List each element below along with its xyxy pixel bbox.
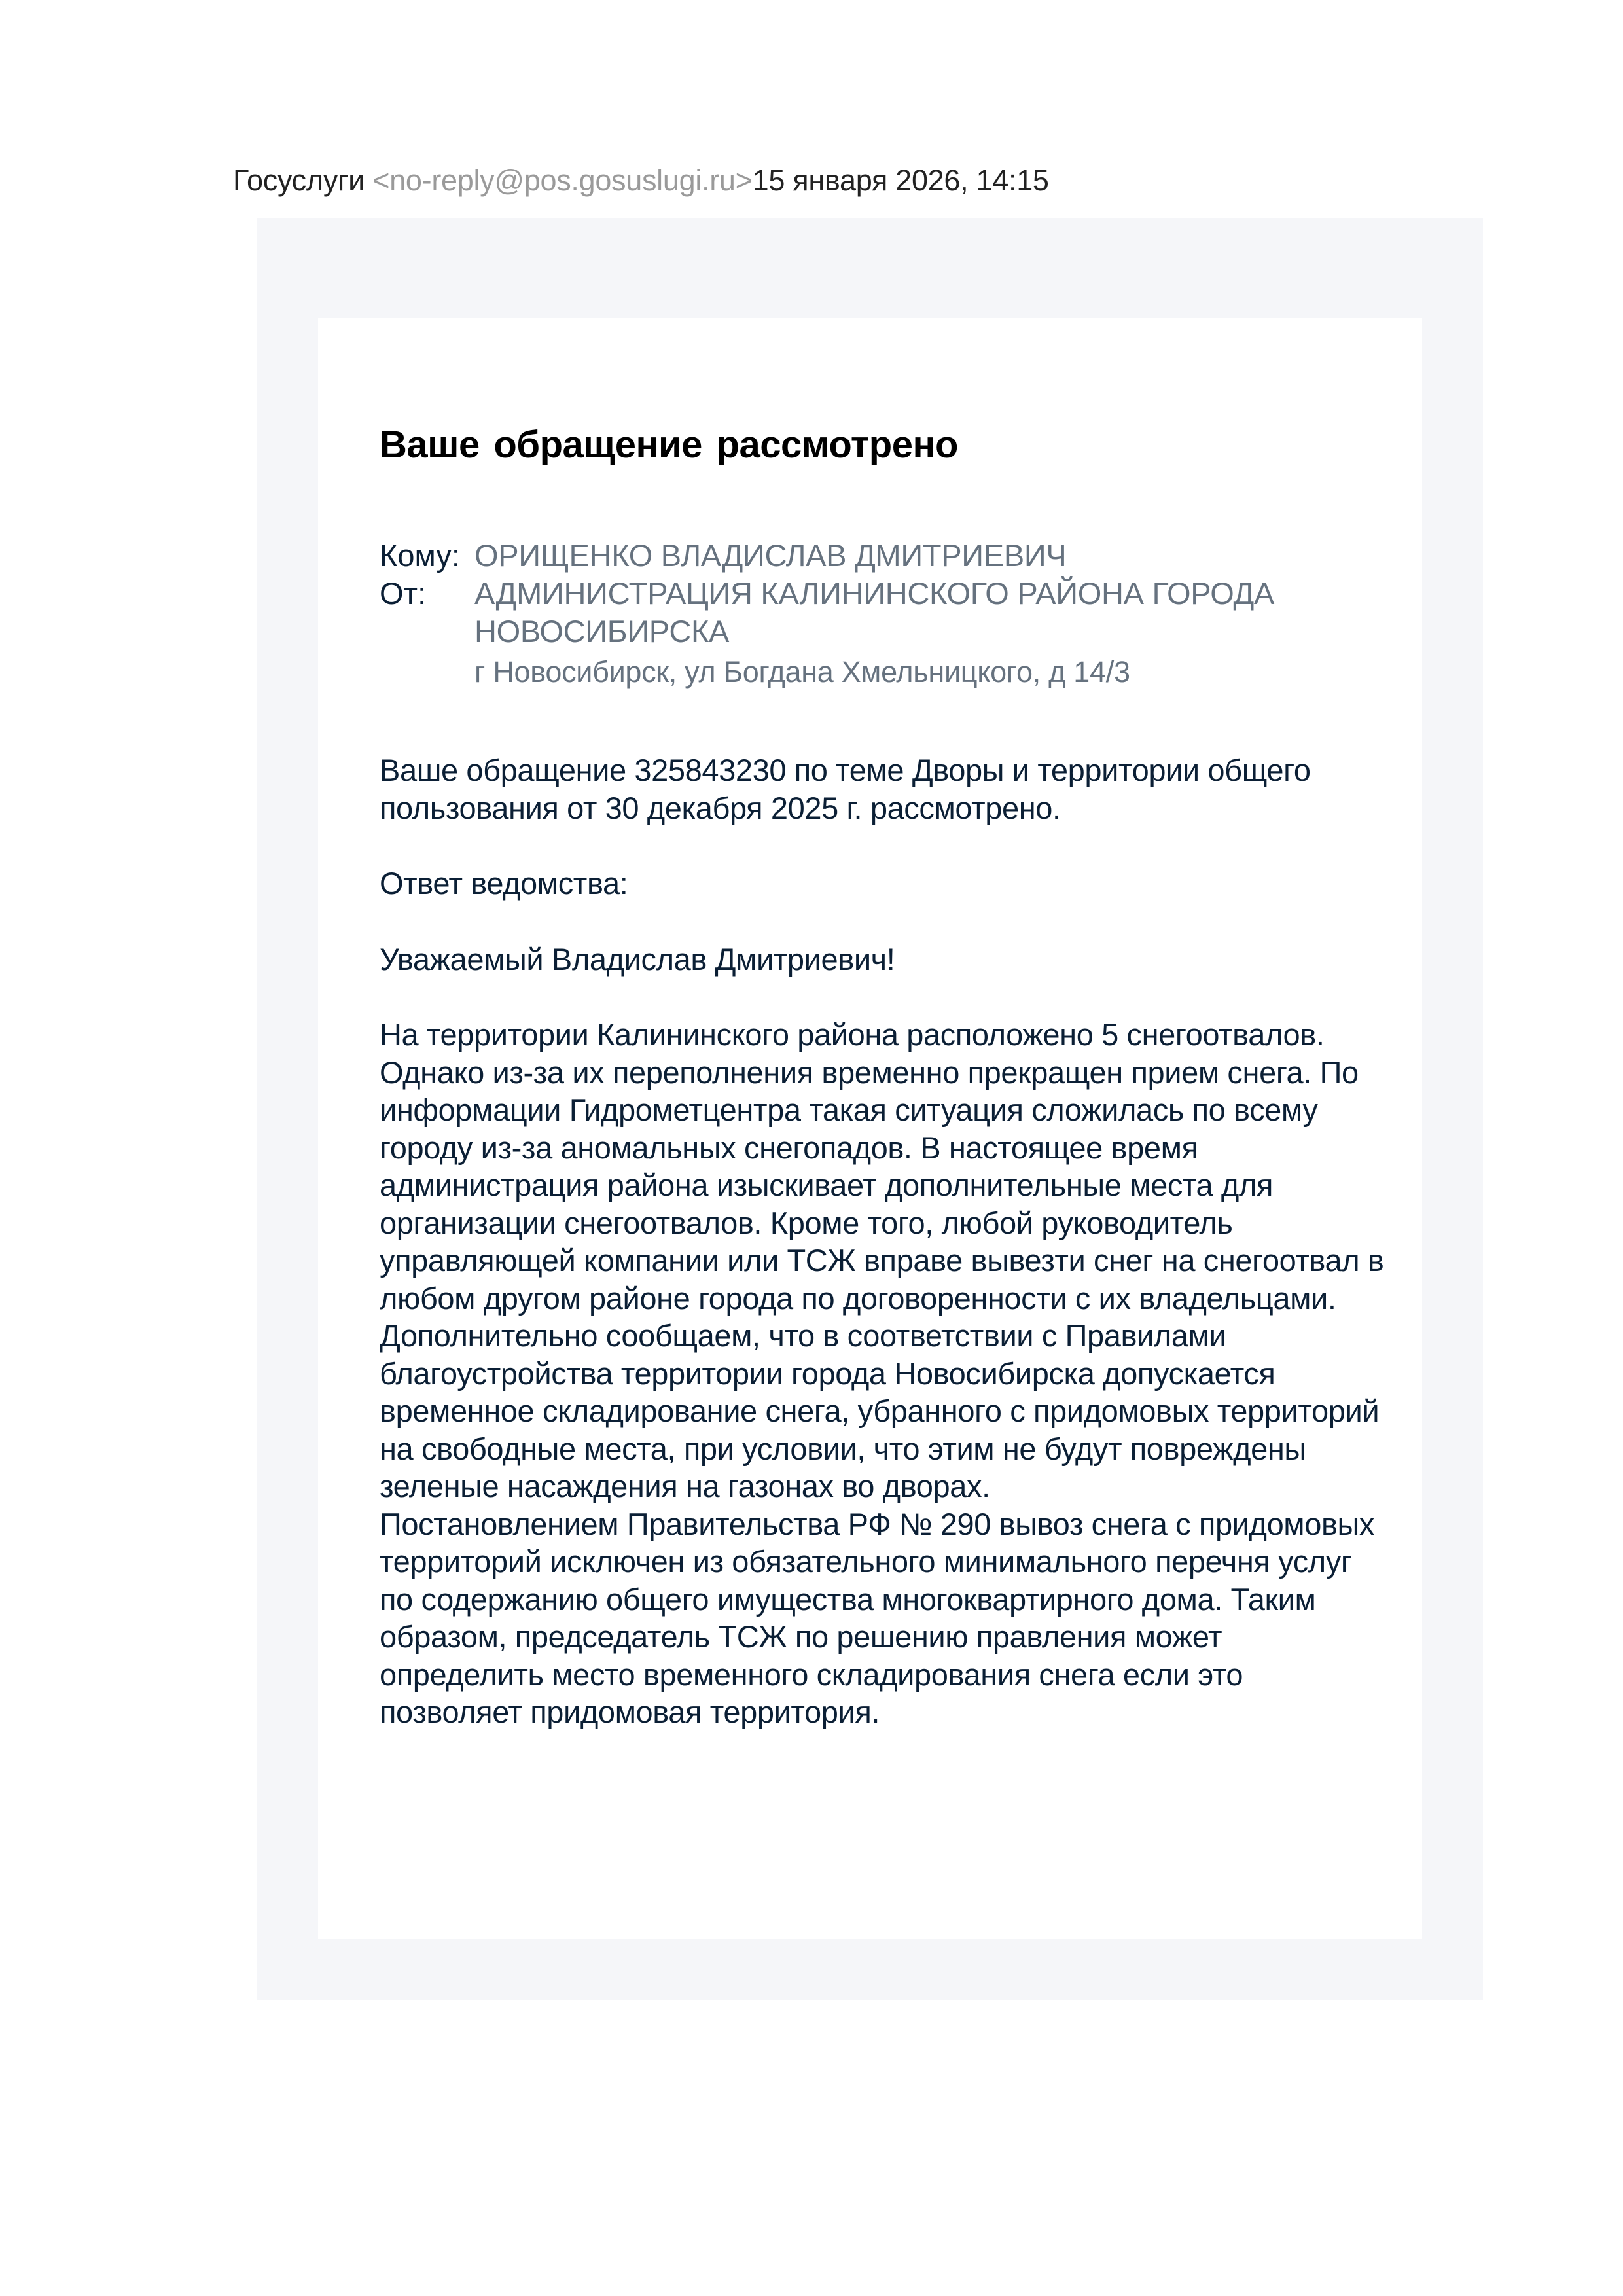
- intro-text: Ваше обращение 325843230 по теме Дворы и…: [380, 751, 1387, 827]
- message-body: Ваше обращение 325843230 по теме Дворы и…: [380, 751, 1387, 1769]
- message-meta: Кому: ОРИЩЕНКО ВЛАДИСЛАВ ДМИТРИЕВИЧ От: …: [380, 537, 1374, 691]
- from-value: АДМИНИСТРАЦИЯ КАЛИНИНСКОГО РАЙОНА ГОРОДА…: [474, 575, 1374, 651]
- email-header: Госуслуги <no-reply@pos.gosuslugi.ru>15 …: [233, 161, 1049, 200]
- email-date: 15 января 2026, 14:15: [753, 164, 1049, 197]
- to-value: ОРИЩЕНКО ВЛАДИСЛАВ ДМИТРИЕВИЧ: [474, 537, 1066, 575]
- from-label: От:: [380, 575, 474, 651]
- sender-row: От: АДМИНИСТРАЦИЯ КАЛИНИНСКОГО РАЙОНА ГО…: [380, 575, 1374, 651]
- from-address: г Новосибирск, ул Богдана Хмельницкого, …: [474, 653, 1374, 691]
- to-label: Кому:: [380, 537, 474, 575]
- response-label: Ответ ведомства:: [380, 865, 1387, 903]
- recipient-row: Кому: ОРИЩЕНКО ВЛАДИСЛАВ ДМИТРИЕВИЧ: [380, 537, 1374, 575]
- sender-address[interactable]: <no-reply@pos.gosuslugi.ru>: [372, 164, 752, 197]
- message-card: Ваше обращение рассмотрено Кому: ОРИЩЕНК…: [318, 318, 1422, 1939]
- response-body: На территории Калининского района распол…: [380, 1016, 1387, 1731]
- sender-name: Госуслуги: [233, 164, 365, 197]
- greeting: Уважаемый Владислав Дмитриевич!: [380, 941, 1387, 978]
- message-title: Ваше обращение рассмотрено: [380, 423, 958, 467]
